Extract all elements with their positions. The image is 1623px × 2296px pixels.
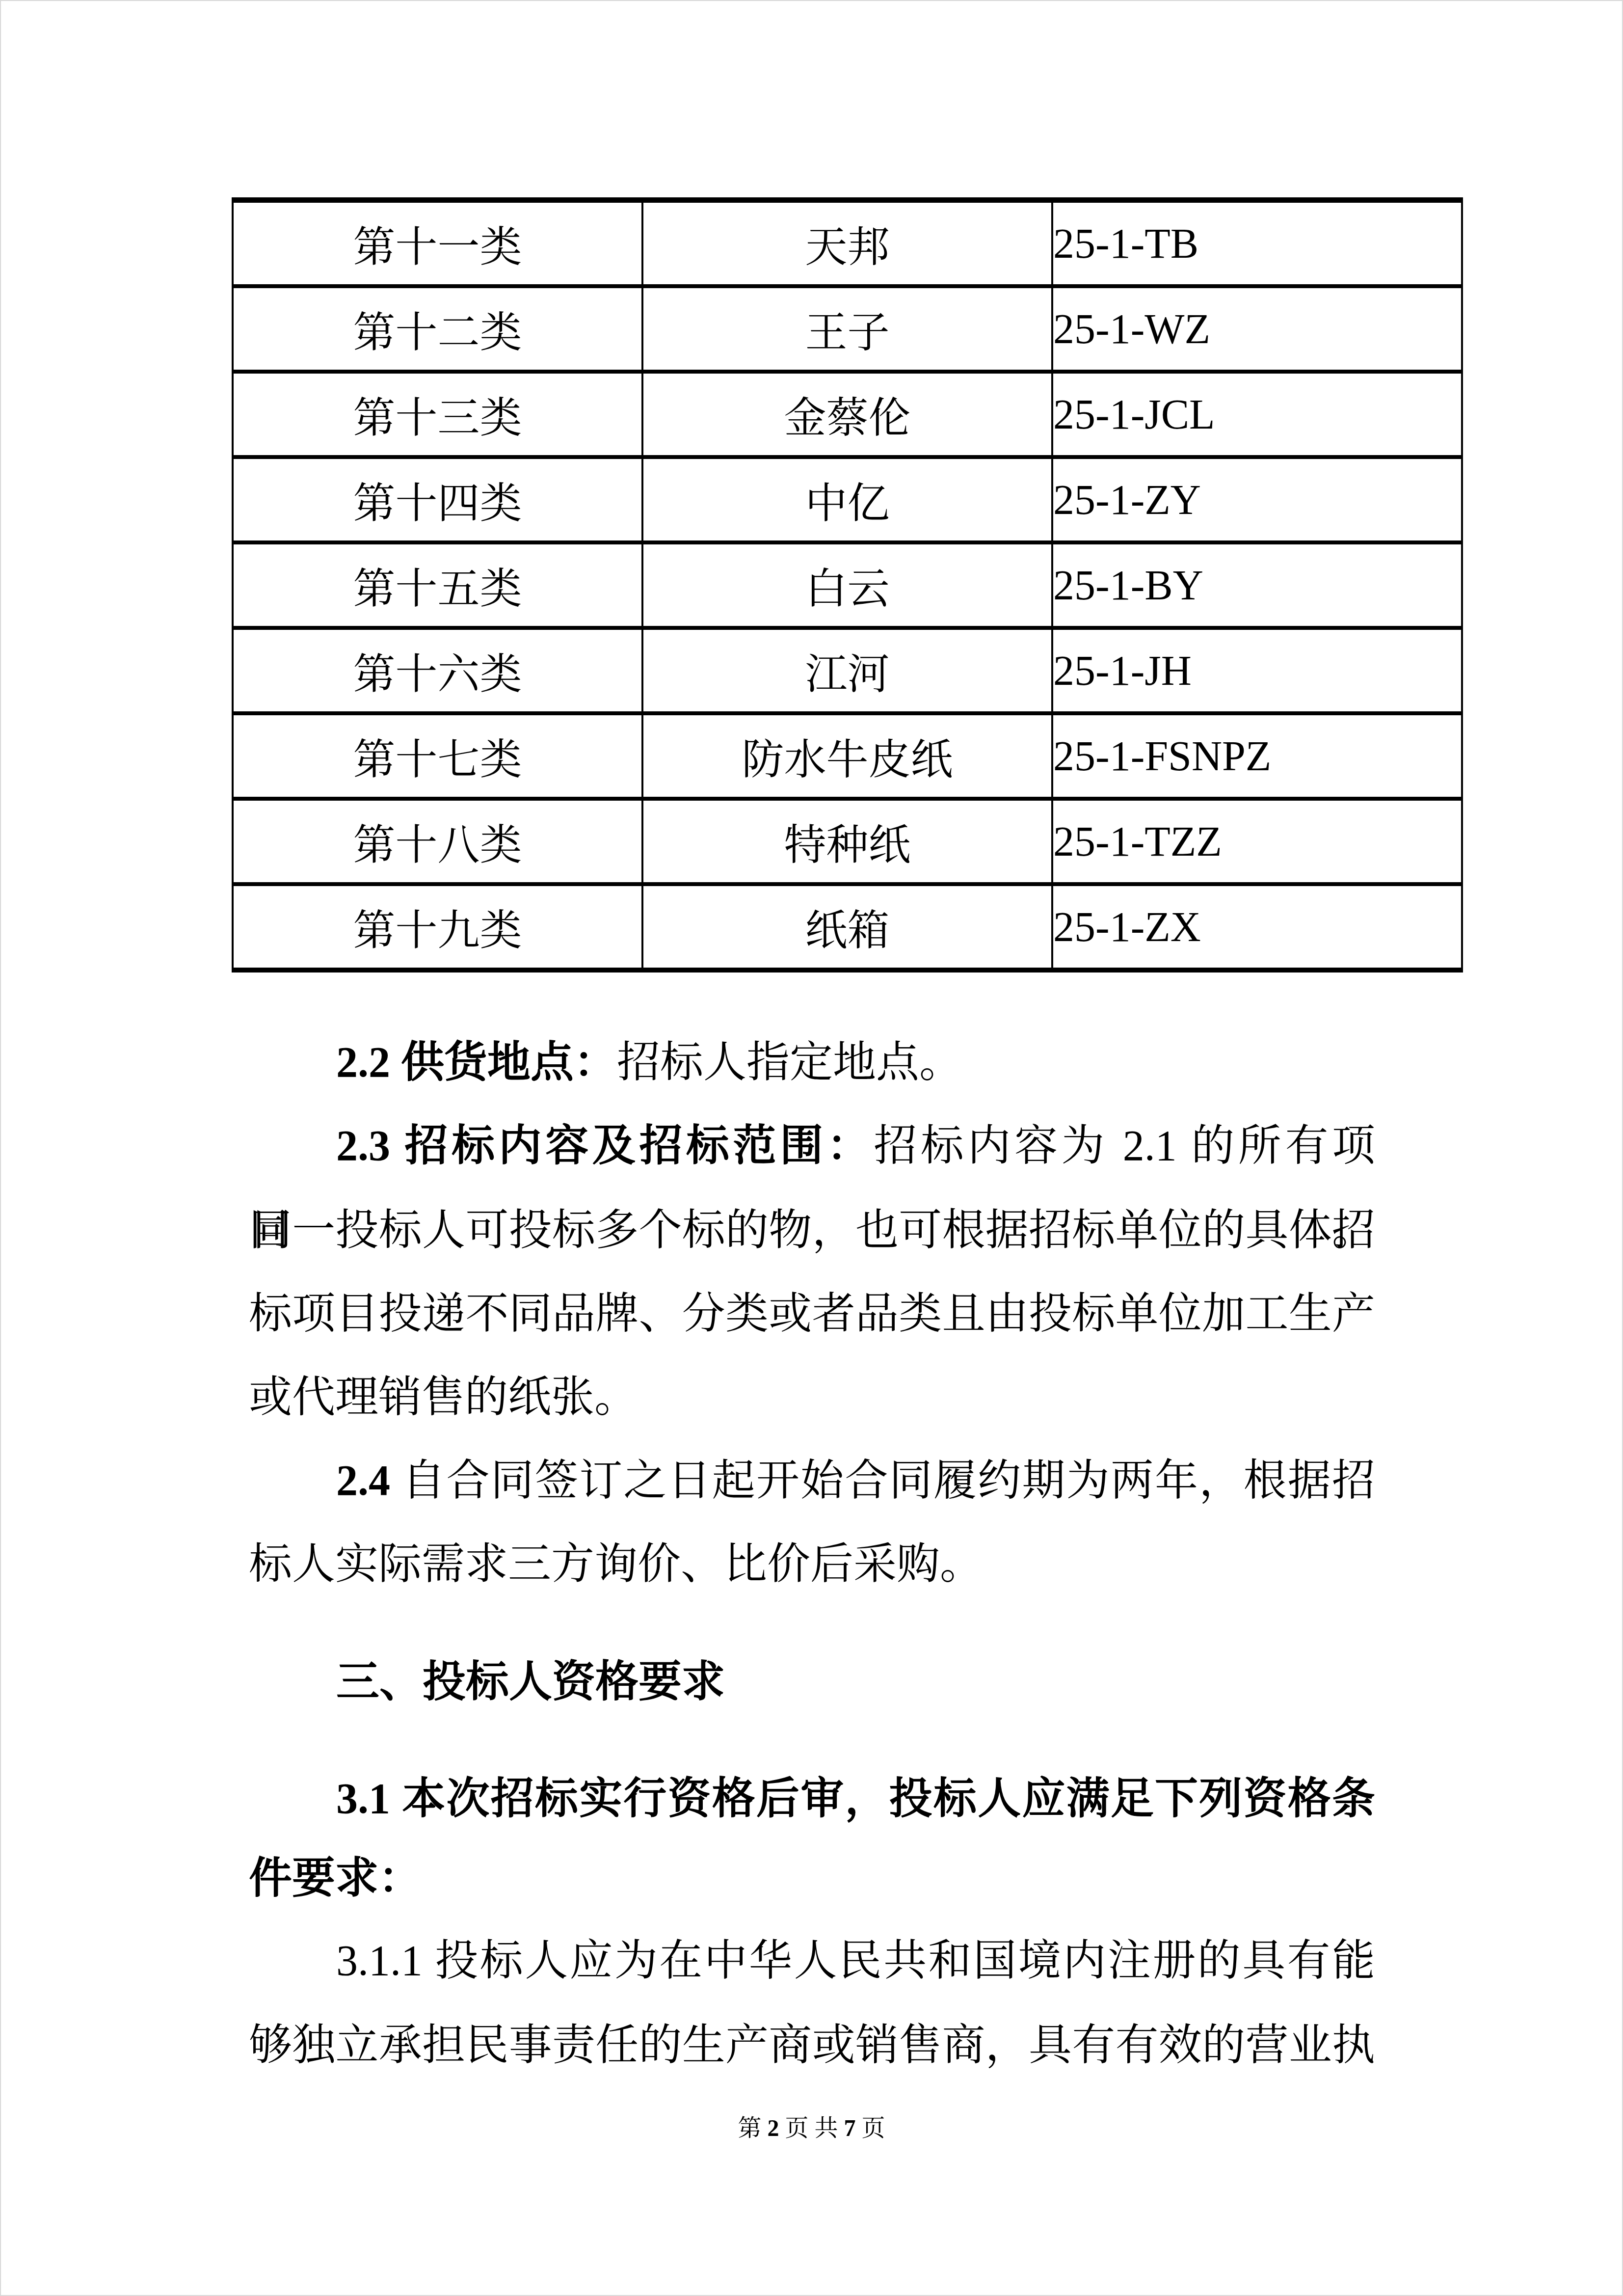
paragraph-text: 3.1.1 投标人应为在中华人民共和国境内注册的具有能 [336, 1937, 1375, 1985]
paragraph-bid-scope-line-1: 2.3 招标内容及招标范围：招标内容为 2.1 的所有项目。 [249, 1104, 1375, 1189]
code-cell: 25-1-ZX [1052, 884, 1462, 970]
paragraph-bid-scope-line-3: 标项目投递不同品牌、分类或者品类且由投标单位加工生产 [249, 1272, 1375, 1356]
code-cell: 25-1-WZ [1052, 286, 1462, 372]
code-cell: 25-1-TB [1052, 200, 1462, 287]
section-heading-text: 三、投标人资格要求 [336, 1658, 725, 1706]
paragraph-supply-location: 2.2 供货地点：招标人指定地点。 [249, 1021, 1375, 1105]
code-cell: 25-1-FSNPZ [1052, 713, 1462, 799]
brand-cell: 江河 [642, 628, 1052, 713]
table-row: 第十五类 白云 25-1-BY [233, 542, 1462, 628]
category-cell: 第十五类 [233, 542, 642, 628]
section-heading-qualifications: 三、投标人资格要求 [249, 1640, 1375, 1725]
paragraph-text: 件要求： [249, 1855, 422, 1902]
table-row: 第十一类 天邦 25-1-TB [233, 200, 1462, 287]
paragraph-text: 同一投标人可投标多个标的物，也可根据招标单位的具体招 [249, 1207, 1375, 1254]
page-footer: 第 2 页 共 7 页 [1, 2114, 1622, 2143]
table-row: 第十三类 金蔡伦 25-1-JCL [233, 372, 1462, 457]
category-cell: 第十三类 [233, 372, 642, 457]
paragraph-text: 招标人指定地点。 [617, 1039, 962, 1086]
paragraph-label: 2.2 供货地点： [336, 1039, 617, 1086]
brand-cell: 金蔡伦 [642, 372, 1052, 457]
brand-cell: 天邦 [642, 200, 1052, 287]
paragraph-registration-line-1: 3.1.1 投标人应为在中华人民共和国境内注册的具有能 [249, 1919, 1375, 2003]
table-row: 第十八类 特种纸 25-1-TZZ [233, 799, 1462, 884]
table-row: 第十六类 江河 25-1-JH [233, 628, 1462, 713]
paragraph-bid-scope-line-4: 或代理销售的纸张。 [249, 1355, 1375, 1440]
paragraph-contract-term-line-2: 标人实际需求三方询价、比价后采购。 [249, 1522, 1375, 1607]
category-cell: 第十六类 [233, 628, 642, 713]
paragraph-text: 标项目投递不同品牌、分类或者品类且由投标单位加工生产 [249, 1290, 1375, 1338]
category-cell: 第十七类 [233, 713, 642, 799]
paragraph-bid-scope-line-2: 同一投标人可投标多个标的物，也可根据招标单位的具体招 [249, 1189, 1375, 1273]
brand-table-body: 第十一类 天邦 25-1-TB 第十二类 王子 25-1-WZ 第十三类 金蔡伦… [233, 200, 1462, 971]
page-number: 2 [767, 2115, 779, 2141]
paragraph-text: 3.1 本次招标实行资格后审，投标人应满足下列资格条 [336, 1775, 1375, 1823]
brand-cell: 特种纸 [642, 799, 1052, 884]
brand-cell: 防水牛皮纸 [642, 713, 1052, 799]
code-cell: 25-1-BY [1052, 542, 1462, 628]
paragraph-contract-term-line-1: 2.4 自合同签订之日起开始合同履约期为两年，根据招 [249, 1439, 1375, 1523]
document-page: 第十一类 天邦 25-1-TB 第十二类 王子 25-1-WZ 第十三类 金蔡伦… [0, 0, 1623, 2296]
brand-cell: 白云 [642, 542, 1052, 628]
footer-text: 第 [738, 2115, 767, 2141]
footer-text: 页 共 [779, 2115, 844, 2141]
paragraph-label: 2.3 招标内容及招标范围： [336, 1122, 874, 1170]
brand-cell: 王子 [642, 286, 1052, 372]
code-cell: 25-1-ZY [1052, 457, 1462, 542]
paragraph-qualification-line-2: 件要求： [249, 1837, 1375, 1921]
table-row: 第十七类 防水牛皮纸 25-1-FSNPZ [233, 713, 1462, 799]
category-cell: 第十二类 [233, 286, 642, 372]
paragraph-text: 或代理销售的纸张。 [249, 1374, 638, 1421]
paragraph-text: 标人实际需求三方询价、比价后采购。 [249, 1540, 983, 1588]
paragraph-registration-line-2: 够独立承担民事责任的生产商或销售商，具有有效的营业执 [249, 2003, 1375, 2088]
code-cell: 25-1-JCL [1052, 372, 1462, 457]
paragraph-qualification-line-1: 3.1 本次招标实行资格后审，投标人应满足下列资格条 [249, 1757, 1375, 1841]
footer-text: 页 [856, 2115, 885, 2141]
paragraph-text: 自合同签订之日起开始合同履约期为两年，根据招 [402, 1457, 1375, 1505]
table-row: 第十四类 中亿 25-1-ZY [233, 457, 1462, 542]
category-cell: 第十八类 [233, 799, 642, 884]
paragraph-label: 2.4 [336, 1457, 402, 1505]
category-cell: 第十九类 [233, 884, 642, 970]
brand-cell: 纸箱 [642, 884, 1052, 970]
paragraph-text: 够独立承担民事责任的生产商或销售商，具有有效的营业执 [249, 2022, 1375, 2069]
code-cell: 25-1-JH [1052, 628, 1462, 713]
category-cell: 第十四类 [233, 457, 642, 542]
brand-cell: 中亿 [642, 457, 1052, 542]
table-row: 第十九类 纸箱 25-1-ZX [233, 884, 1462, 970]
category-cell: 第十一类 [233, 200, 642, 287]
total-pages: 7 [844, 2115, 856, 2141]
brand-category-table: 第十一类 天邦 25-1-TB 第十二类 王子 25-1-WZ 第十三类 金蔡伦… [232, 197, 1463, 972]
code-cell: 25-1-TZZ [1052, 799, 1462, 884]
table-row: 第十二类 王子 25-1-WZ [233, 286, 1462, 372]
